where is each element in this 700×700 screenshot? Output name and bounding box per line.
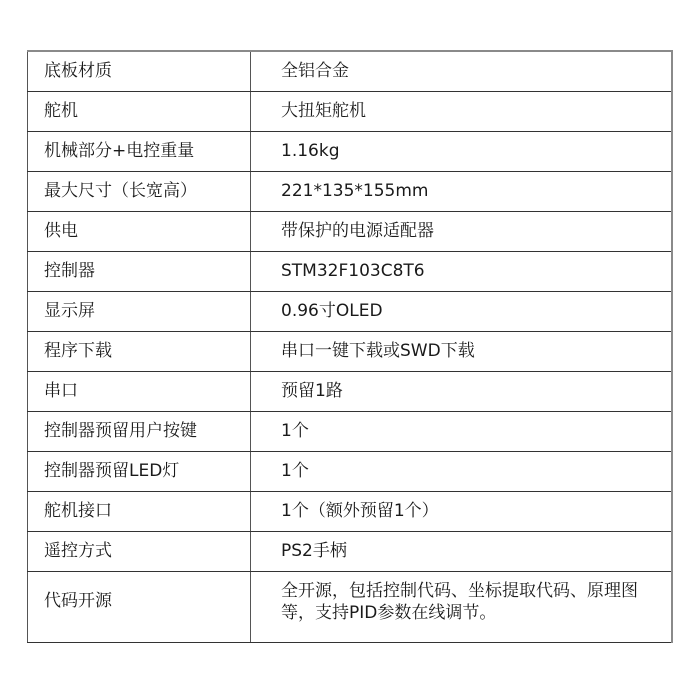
table-row: 舵机接口 1个（额外预留1个） xyxy=(28,491,673,531)
row-label: 最大尺寸（长宽高） xyxy=(28,171,251,211)
table-row: 显示屏 0.96寸OLED xyxy=(28,291,673,331)
row-label: 控制器预留LED灯 xyxy=(28,451,251,491)
table-row: 控制器 STM32F103C8T6 xyxy=(28,251,673,291)
table-row: 程序下载 串口一键下载或SWD下载 xyxy=(28,331,673,371)
row-label: 控制器 xyxy=(28,251,251,291)
row-value: 全开源，包括控制代码、坐标提取代码、原理图等，支持PID参数在线调节。 xyxy=(251,571,673,642)
row-value: 预留1路 xyxy=(251,371,673,411)
table-row: 代码开源 全开源，包括控制代码、坐标提取代码、原理图等，支持PID参数在线调节。 xyxy=(28,571,673,642)
table-row: 供电 带保护的电源适配器 xyxy=(28,211,673,251)
row-label: 舵机接口 xyxy=(28,491,251,531)
row-label: 舵机 xyxy=(28,91,251,131)
row-value: 串口一键下载或SWD下载 xyxy=(251,331,673,371)
row-label: 机械部分+电控重量 xyxy=(28,131,251,171)
row-value: 带保护的电源适配器 xyxy=(251,211,673,251)
row-value: STM32F103C8T6 xyxy=(251,251,673,291)
table-row: 控制器预留LED灯 1个 xyxy=(28,451,673,491)
row-label: 程序下载 xyxy=(28,331,251,371)
table-row: 串口 预留1路 xyxy=(28,371,673,411)
row-label: 供电 xyxy=(28,211,251,251)
row-label: 串口 xyxy=(28,371,251,411)
row-value: 大扭矩舵机 xyxy=(251,91,673,131)
row-label: 底板材质 xyxy=(28,51,251,91)
row-value: 全铝合金 xyxy=(251,51,673,91)
table-row: 机械部分+电控重量 1.16kg xyxy=(28,131,673,171)
row-value: 1个 xyxy=(251,451,673,491)
table-row: 舵机 大扭矩舵机 xyxy=(28,91,673,131)
row-label: 遥控方式 xyxy=(28,531,251,571)
spec-table: 底板材质 全铝合金 舵机 大扭矩舵机 机械部分+电控重量 1.16kg 最大尺寸… xyxy=(27,50,673,643)
table-row: 底板材质 全铝合金 xyxy=(28,51,673,91)
table-row: 遥控方式 PS2手柄 xyxy=(28,531,673,571)
row-value: 221*135*155mm xyxy=(251,171,673,211)
table-row: 控制器预留用户按键 1个 xyxy=(28,411,673,451)
row-value: 1个（额外预留1个） xyxy=(251,491,673,531)
row-label: 控制器预留用户按键 xyxy=(28,411,251,451)
row-label: 代码开源 xyxy=(28,571,251,642)
table-row: 最大尺寸（长宽高） 221*135*155mm xyxy=(28,171,673,211)
row-value: 1.16kg xyxy=(251,131,673,171)
row-value: 1个 xyxy=(251,411,673,451)
row-value: 0.96寸OLED xyxy=(251,291,673,331)
row-value: PS2手柄 xyxy=(251,531,673,571)
row-label: 显示屏 xyxy=(28,291,251,331)
